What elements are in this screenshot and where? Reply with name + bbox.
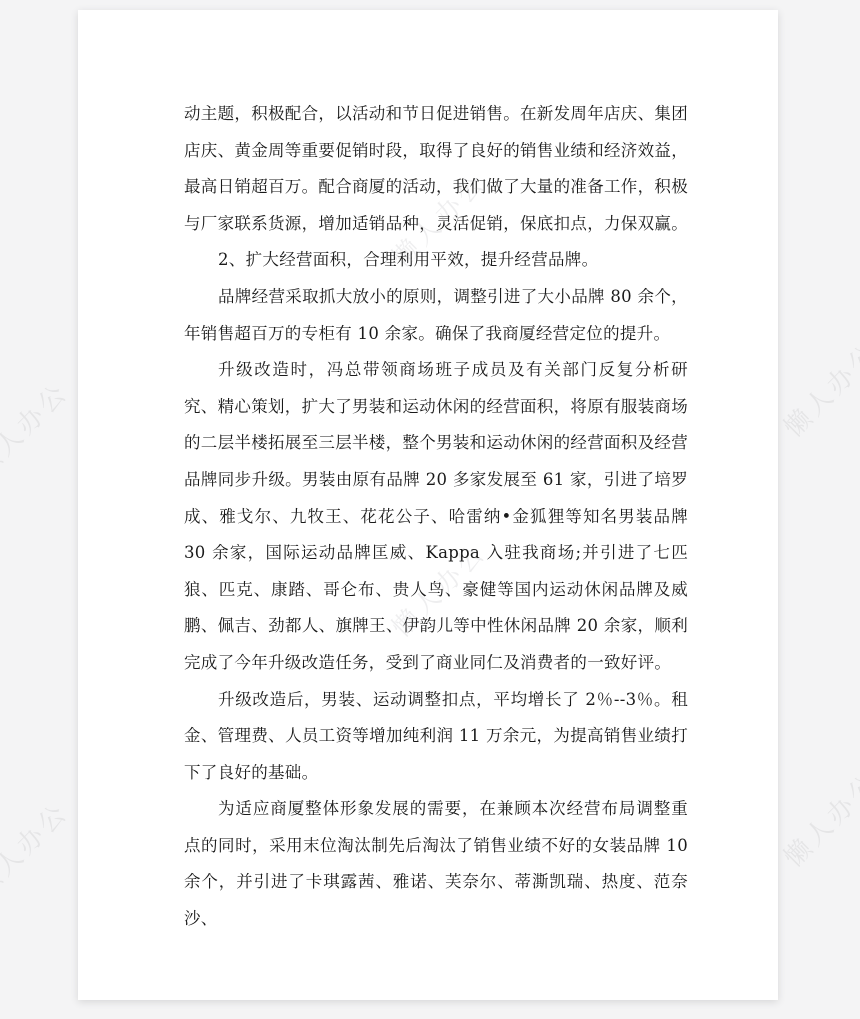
paragraph-2-heading: 2、扩大经营面积，合理利用平效，提升经营品牌。 — [184, 242, 688, 279]
watermark: 懒人办公 — [774, 333, 860, 444]
paragraph-3: 品牌经营采取抓大放小的原则，调整引进了大小品牌 80 余个，年销售超百万的专柜有… — [184, 279, 688, 352]
document-page: 动主题，积极配合，以活动和节日促进销售。在新发周年店庆、集团店庆、黄金周等重要促… — [78, 10, 778, 1000]
paragraph-6: 为适应商厦整体形象发展的需要，在兼顾本次经营布局调整重点的同时，采用末位淘汰制先… — [184, 791, 688, 937]
document-body: 动主题，积极配合，以活动和节日促进销售。在新发周年店庆、集团店庆、黄金周等重要促… — [184, 96, 688, 938]
watermark: 懒人办公 — [0, 793, 76, 904]
watermark: 懒人办公 — [774, 763, 860, 874]
paragraph-4: 升级改造时，冯总带领商场班子成员及有关部门反复分析研究、精心策划，扩大了男装和运… — [184, 352, 688, 681]
watermark: 懒人办公 — [0, 373, 76, 484]
paragraph-1: 动主题，积极配合，以活动和节日促进销售。在新发周年店庆、集团店庆、黄金周等重要促… — [184, 96, 688, 242]
paragraph-5: 升级改造后，男装、运动调整扣点，平均增长了 2％--3％。租金、管理费、人员工资… — [184, 682, 688, 792]
